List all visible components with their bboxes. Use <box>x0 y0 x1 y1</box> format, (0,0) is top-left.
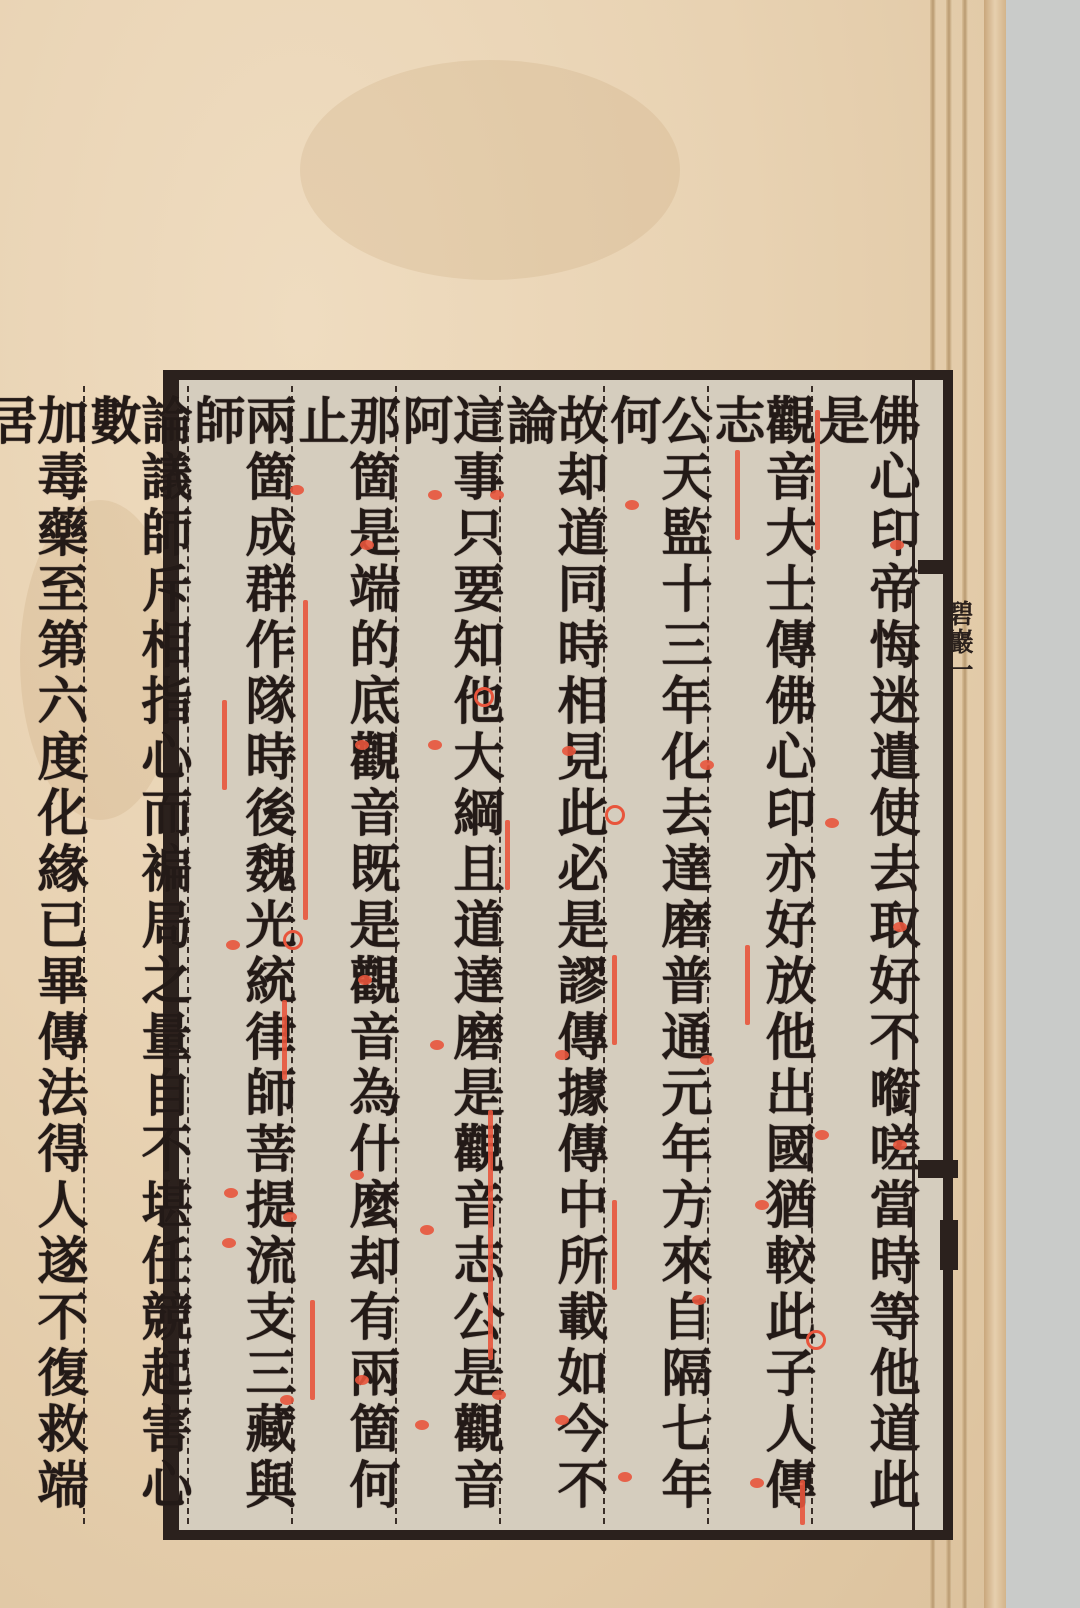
red-name-line <box>303 600 308 920</box>
red-punctuation-dot <box>355 740 369 750</box>
text-column: 觀音大士傳佛心印亦好放他出國猶較此子人傳志 <box>707 386 811 1524</box>
red-punctuation-dot <box>420 1225 434 1235</box>
red-name-line <box>310 1300 315 1400</box>
red-name-line <box>745 945 750 1025</box>
text-frame: 佛心印帝悔迷遣使去取好不㘅嗟當時等他道此是 觀音大士傳佛心印亦好放他出國猶較此子… <box>163 370 953 1540</box>
red-punctuation-dot <box>222 1238 236 1248</box>
text-column: 這事只要知他大綱且道達磨是觀音志公是觀音阿 <box>395 386 499 1524</box>
red-punctuation-dot <box>692 1295 706 1305</box>
red-punctuation-dot <box>430 1040 444 1050</box>
text-column: 論議師斥相指心而褊局之量自不堪任競起害心數 <box>83 386 187 1524</box>
text-column: 佛心印帝悔迷遣使去取好不㘅嗟當時等他道此是 <box>811 386 915 1524</box>
fish-tail-marker <box>918 560 948 574</box>
red-punctuation-dot <box>360 540 374 550</box>
red-punctuation-dot <box>890 540 904 550</box>
red-name-line <box>222 700 227 790</box>
red-punctuation-dot <box>562 746 576 756</box>
red-punctuation-dot <box>555 1050 569 1060</box>
red-name-line <box>612 1200 617 1290</box>
red-name-line <box>612 955 617 1045</box>
red-punctuation-dot <box>750 1478 764 1488</box>
red-punctuation-dot <box>355 1375 369 1385</box>
red-punctuation-dot <box>825 818 839 828</box>
red-name-line <box>735 450 740 540</box>
red-punctuation-dot <box>893 1140 907 1150</box>
red-name-line <box>505 820 510 890</box>
text-column: 加毒藥至第六度化緣已畢傳法得人遂不復救端居 <box>0 386 83 1524</box>
red-punctuation-dot <box>618 1472 632 1482</box>
red-punctuation-dot <box>700 1055 714 1065</box>
page-edge <box>962 0 968 1608</box>
red-circle-mark <box>474 687 494 707</box>
red-name-line <box>282 1000 287 1080</box>
fish-tail-marker <box>940 1220 958 1270</box>
red-name-line <box>800 1480 805 1525</box>
text-columns: 佛心印帝悔迷遣使去取好不㘅嗟當時等他道此是 觀音大士傳佛心印亦好放他出國猶較此子… <box>187 386 915 1524</box>
red-circle-mark <box>605 805 625 825</box>
page-edge <box>984 0 1006 1608</box>
red-name-line <box>488 1110 493 1360</box>
block-heart-border <box>912 380 939 1530</box>
red-punctuation-dot <box>280 1395 294 1405</box>
red-punctuation-dot <box>224 1188 238 1198</box>
red-punctuation-dot <box>226 940 240 950</box>
red-punctuation-dot <box>283 1212 297 1222</box>
text-column: 公天監十三年化去達磨普通元年方來自隔七年何 <box>603 386 707 1524</box>
red-punctuation-dot <box>358 975 372 985</box>
red-circle-mark <box>806 1330 826 1350</box>
red-punctuation-dot <box>625 500 639 510</box>
red-name-line <box>815 410 820 550</box>
red-punctuation-dot <box>755 1200 769 1210</box>
text-column: 兩箇成群作隊時後魏光統律師菩提流支三藏與師 <box>187 386 291 1524</box>
red-punctuation-dot <box>492 1390 506 1400</box>
red-punctuation-dot <box>290 485 304 495</box>
red-punctuation-dot <box>350 1170 364 1180</box>
book-page: 佛心印帝悔迷遣使去取好不㘅嗟當時等他道此是 觀音大士傳佛心印亦好放他出國猶較此子… <box>0 0 1006 1608</box>
red-punctuation-dot <box>415 1420 429 1430</box>
red-punctuation-dot <box>428 490 442 500</box>
red-punctuation-dot <box>555 1415 569 1425</box>
red-punctuation-dot <box>815 1130 829 1140</box>
red-punctuation-dot <box>490 490 504 500</box>
block-heart-title: 碧巖一 <box>940 600 977 684</box>
text-column: 那箇是端的底觀音既是觀音為什麼却有兩箇何止 <box>291 386 395 1524</box>
red-punctuation-dot <box>893 922 907 932</box>
paper-stain <box>300 60 680 280</box>
text-column: 故却道同時相見此必是謬傳據傳中所載如今不論 <box>499 386 603 1524</box>
fish-tail-marker <box>918 1160 958 1178</box>
red-punctuation-dot <box>700 760 714 770</box>
red-punctuation-dot <box>428 740 442 750</box>
red-circle-mark <box>283 930 303 950</box>
